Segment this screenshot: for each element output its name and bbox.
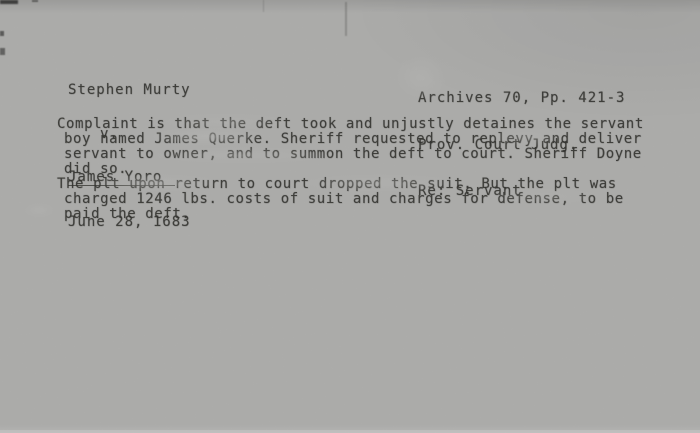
- body-line: charged 1246 lbs. costs of suit and char…: [57, 192, 644, 207]
- scratch-mark: [345, 2, 347, 36]
- edge-speck: [0, 31, 4, 36]
- body-line: boy named James Querke. Sheriff requeste…: [57, 132, 644, 147]
- plaintiff-name: Stephen Murty: [68, 83, 191, 98]
- body-line: servant to owner, and to summon the deft…: [57, 147, 644, 162]
- body-line: Complaint is that the deft took and unju…: [57, 117, 644, 132]
- body-line: did so.: [57, 162, 644, 177]
- card-body: Complaint is that the deft took and unju…: [57, 117, 644, 222]
- corner-mark: [0, 0, 18, 4]
- body-line: paid the deft.: [57, 207, 644, 222]
- edge-speck: [0, 48, 5, 55]
- ink-fade-spot: [24, 203, 54, 218]
- body-line: The plt upon return to court dropped the…: [57, 177, 644, 192]
- archive-card-scan: Stephen Murty v. James Yoro June 28, 168…: [0, 0, 700, 433]
- edge-speck: [32, 0, 38, 2]
- archive-reference: Archives 70, Pp. 421-3: [418, 91, 625, 107]
- scratch-mark: [263, 0, 264, 12]
